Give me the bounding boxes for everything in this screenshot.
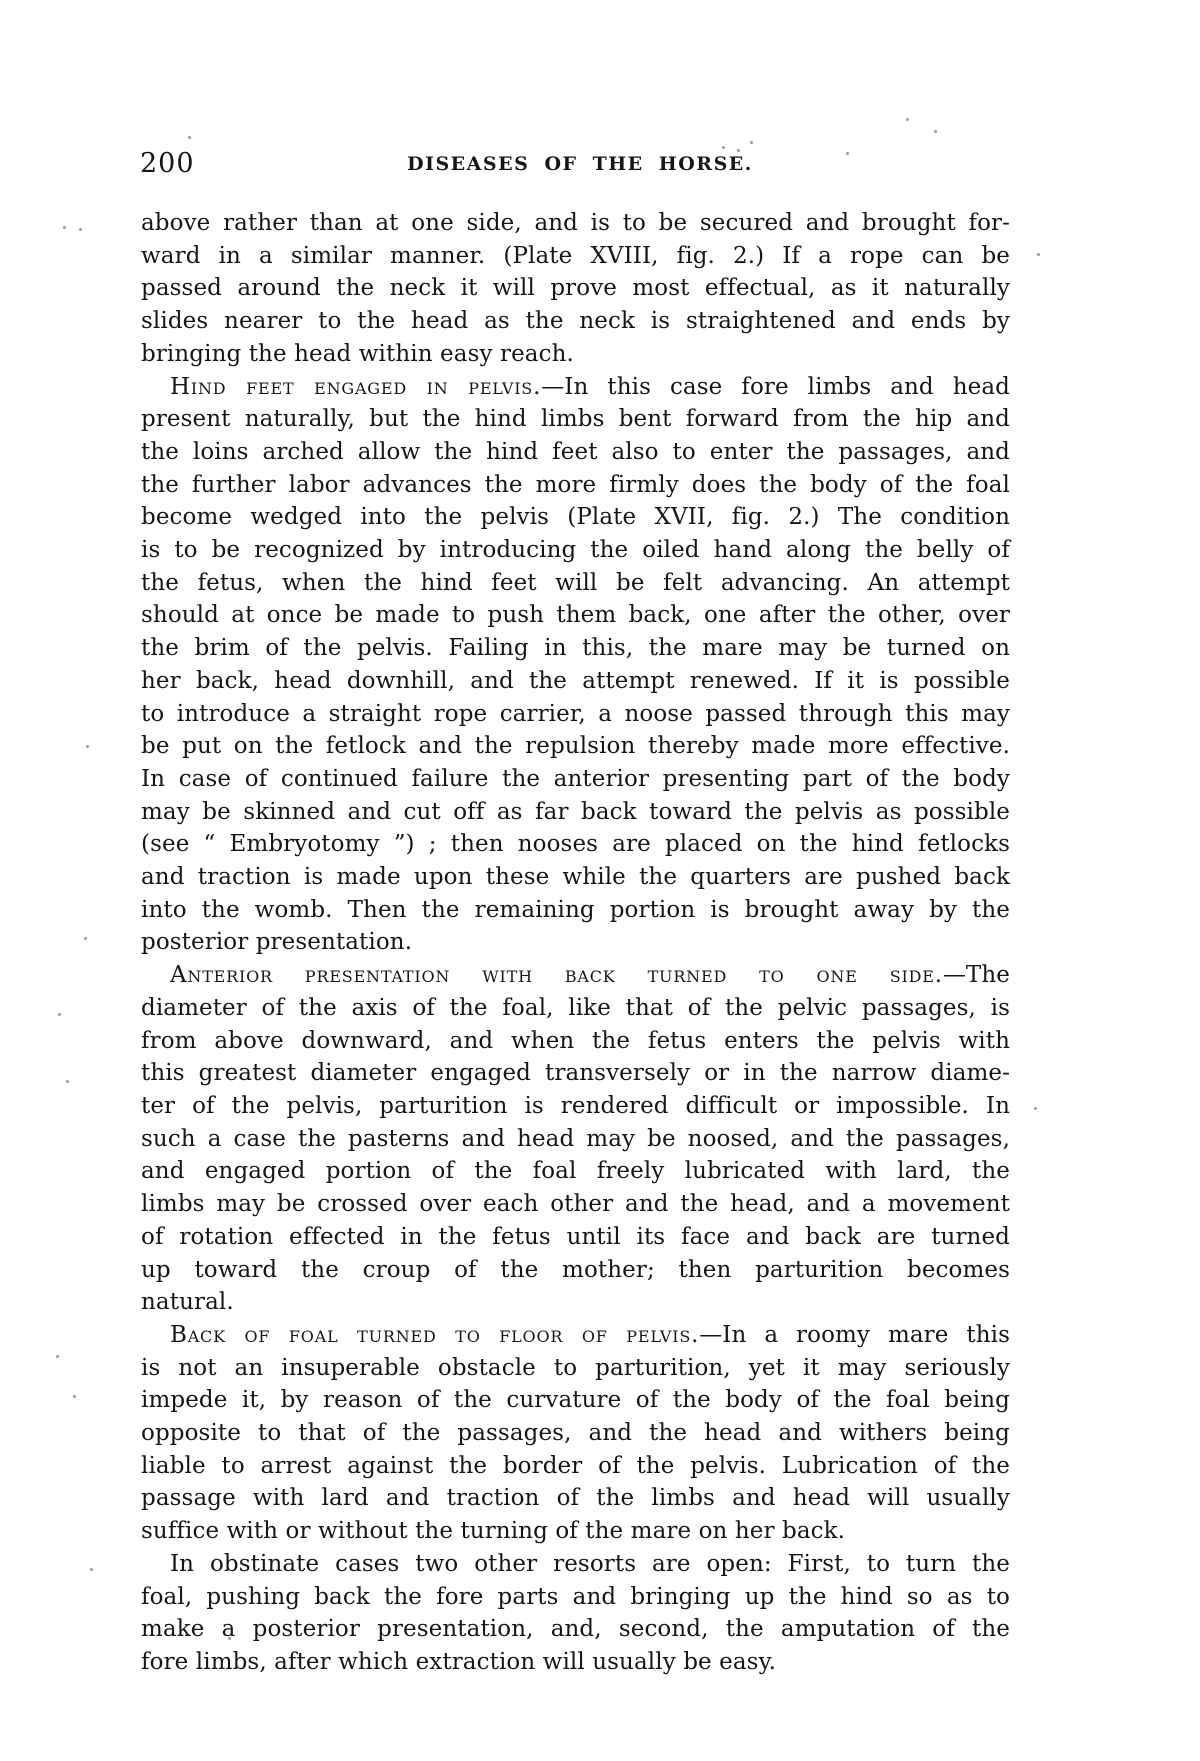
text-line: the brim of the pelvis. Failing in this,… (141, 632, 1010, 665)
text-line: make a posterior presentation, and, seco… (141, 1613, 1010, 1646)
scan-speckle (932, 1137, 935, 1140)
text-line: may be skinned and cut off as far back t… (141, 796, 1010, 829)
scan-speckle (58, 1013, 61, 1016)
smallcaps-section-heading: Anterior presentation with back turned t… (170, 962, 943, 988)
text-line: such a case the pasterns and head may be… (141, 1123, 1010, 1156)
text-line: is to be recognized by introducing the o… (141, 534, 1010, 567)
paragraph: Hind feet engaged in pelvis.—In this cas… (141, 371, 1010, 960)
scan-speckle (934, 130, 937, 133)
text-line: Anterior presentation with back turned t… (141, 959, 1010, 992)
text-line: liable to arrest against the border of t… (141, 1450, 1010, 1483)
text-line: to introduce a straight rope carrier, a … (141, 698, 1010, 731)
text-line: fore limbs, after which extraction will … (141, 1646, 1010, 1679)
text-line: passage with lard and traction of the li… (141, 1482, 1010, 1515)
text-line: the further labor advances the more firm… (141, 469, 1010, 502)
scan-speckle (750, 141, 753, 144)
text-line: natural. (141, 1286, 1010, 1319)
text-line: Back of foal turned to floor of pelvis.—… (141, 1319, 1010, 1352)
scan-speckle (846, 152, 849, 155)
scan-speckle (84, 937, 87, 940)
text-line: slides nearer to the head as the neck is… (141, 305, 1010, 338)
scan-speckle (722, 146, 725, 149)
smallcaps-section-heading: Back of foal turned to floor of pelvis. (170, 1322, 699, 1348)
running-header-title: DISEASES OF THE HORSE. (340, 155, 820, 174)
text-line: the loins arched allow the hind feet als… (141, 436, 1010, 469)
text-line: limbs may be crossed over each other and… (141, 1188, 1010, 1221)
text-line: up toward the croup of the mother; then … (141, 1254, 1010, 1287)
text-line: and engaged portion of the foal freely l… (141, 1155, 1010, 1188)
paragraph: Anterior presentation with back turned t… (141, 959, 1010, 1319)
scan-speckle (86, 745, 89, 748)
scan-speckle (66, 1080, 69, 1083)
text-line: become wedged into the pelvis (Plate XVI… (141, 501, 1010, 534)
text-line: present naturally, but the hind limbs be… (141, 403, 1010, 436)
text-line: the fetus, when the hind feet will be fe… (141, 567, 1010, 600)
text-line: foal, pushing back the fore parts and br… (141, 1581, 1010, 1614)
scan-speckle (63, 226, 66, 229)
scan-speckle (73, 1395, 76, 1398)
page-number: 200 (140, 150, 195, 177)
scan-speckle (1034, 1107, 1037, 1110)
text-line: Hind feet engaged in pelvis.—In this cas… (141, 371, 1010, 404)
paragraph: above rather than at one side, and is to… (141, 207, 1010, 371)
text-line: from above downward, and when the fetus … (141, 1025, 1010, 1058)
paragraph: In obstinate cases two other resorts are… (141, 1548, 1010, 1679)
scan-speckle (941, 322, 944, 325)
text-line: should at once be made to push them back… (141, 599, 1010, 632)
text-line: ter of the pelvis, parturition is render… (141, 1090, 1010, 1123)
scan-speckle (906, 118, 909, 121)
text-line: into the womb. Then the remaining portio… (141, 894, 1010, 927)
text-line: is not an insuperable obstacle to partur… (141, 1352, 1010, 1385)
text-line: In obstinate cases two other resorts are… (141, 1548, 1010, 1581)
paragraph: Back of foal turned to floor of pelvis.—… (141, 1319, 1010, 1548)
scan-speckle (1037, 253, 1040, 256)
text-line: suffice with or without the turning of t… (141, 1515, 1010, 1548)
text-line: In case of continued failure the anterio… (141, 763, 1010, 796)
text-line: impede it, by reason of the curvature of… (141, 1384, 1010, 1417)
text-line: be put on the fetlock and the repulsion … (141, 730, 1010, 763)
text-line: bringing the head within easy reach. (141, 338, 1010, 371)
scan-speckle (228, 1637, 231, 1640)
text-line: posterior presentation. (141, 926, 1010, 959)
text-line: diameter of the axis of the foal, like t… (141, 992, 1010, 1025)
text-line: opposite to that of the passages, and th… (141, 1417, 1010, 1450)
scan-speckle (79, 228, 82, 231)
scan-speckle (188, 136, 191, 139)
text-line: of rotation effected in the fetus until … (141, 1221, 1010, 1254)
text-line: and traction is made upon these while th… (141, 861, 1010, 894)
book-page: 200 DISEASES OF THE HORSE. above rather … (0, 0, 1200, 1761)
smallcaps-section-heading: Hind feet engaged in pelvis. (170, 374, 541, 400)
text-line: her back, head downhill, and the attempt… (141, 665, 1010, 698)
scan-speckle (56, 1355, 59, 1358)
text-line: ward in a similar manner. (Plate XVIII, … (141, 240, 1010, 273)
text-line: (see “ Embryotomy ”) ; then nooses are p… (141, 828, 1010, 861)
text-line: above rather than at one side, and is to… (141, 207, 1010, 240)
scan-speckle (90, 1568, 93, 1571)
text-line: this greatest diameter engaged transvers… (141, 1057, 1010, 1090)
text-block: above rather than at one side, and is to… (141, 207, 1010, 1679)
scan-speckle (737, 149, 740, 152)
text-line: passed around the neck it will prove mos… (141, 272, 1010, 305)
